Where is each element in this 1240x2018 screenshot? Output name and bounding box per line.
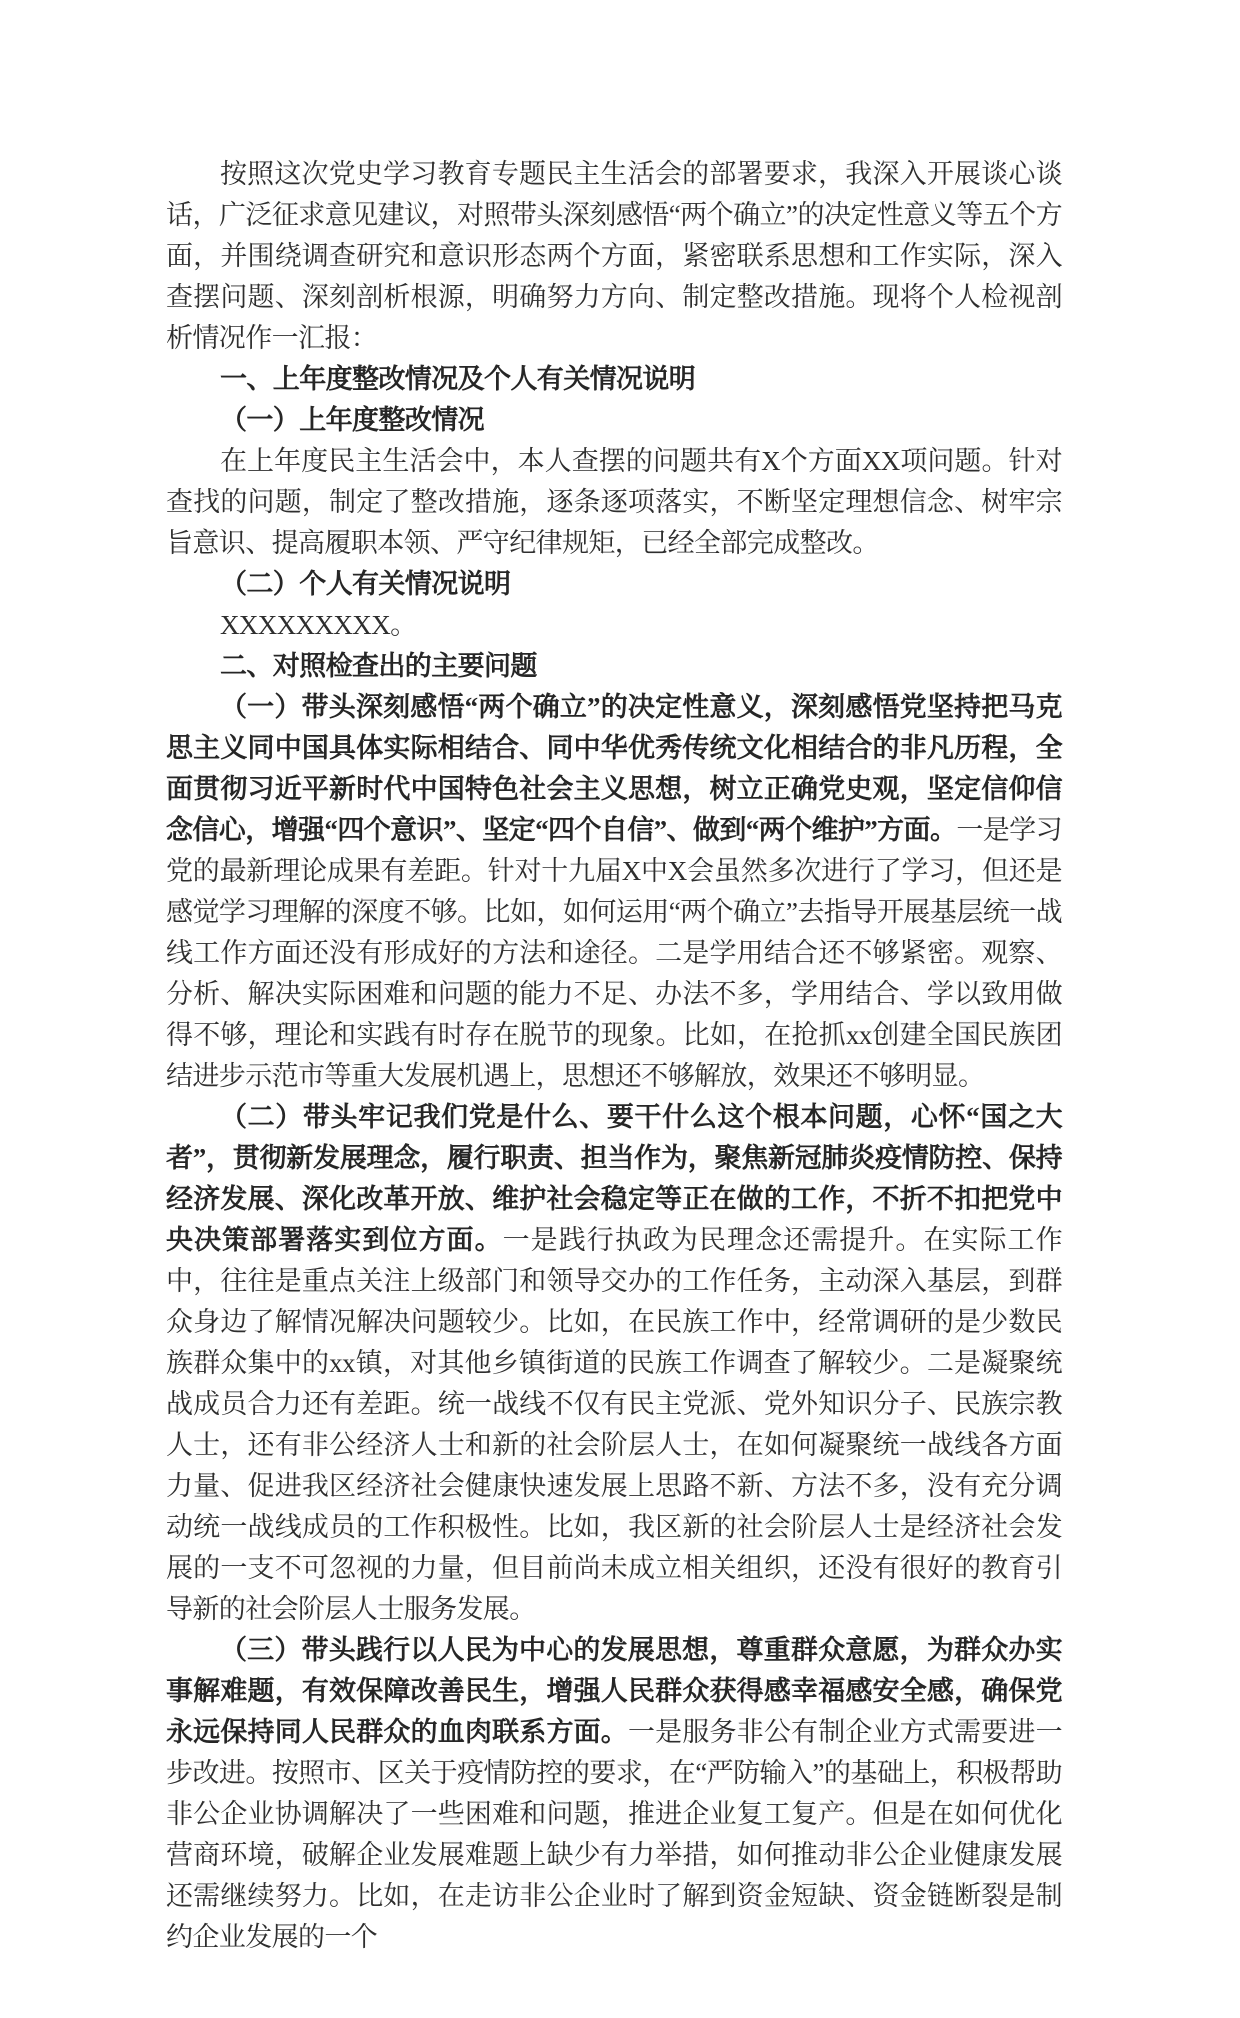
paragraph: （二）带头牢记我们党是什么、要干什么这个根本问题，心怀“国之大者”，贯彻新发展理…: [166, 1097, 1062, 1630]
section-heading: （二）个人有关情况说明: [166, 564, 1062, 605]
text-run: 一是服务非公有制企业方式需要进一步改进。按照市、区关于疫情防控的要求，在“严防输…: [166, 1717, 1062, 1952]
text-run: XXXXXXXXX。: [220, 610, 417, 640]
section-heading: 二、对照检查出的主要问题: [166, 646, 1062, 687]
paragraph: XXXXXXXXX。: [166, 605, 1062, 646]
paragraph: 在上年度民主生活会中，本人查摆的问题共有X个方面XX项问题。针对查找的问题，制定…: [166, 441, 1062, 564]
paragraph: （一）带头深刻感悟“两个确立”的决定性意义，深刻感悟党坚持把马克思主义同中国具体…: [166, 687, 1062, 1097]
paragraph: 按照这次党史学习教育专题民主生活会的部署要求，我深入开展谈心谈话，广泛征求意见建…: [166, 154, 1062, 359]
paragraph: （三）带头践行以人民为中心的发展思想，尊重群众意愿，为群众办实事解难题，有效保障…: [166, 1630, 1062, 1958]
emphasis-run: 一、上年度整改情况及个人有关情况说明: [220, 364, 695, 394]
emphasis-run: （二）个人有关情况说明: [220, 569, 510, 599]
section-heading: 一、上年度整改情况及个人有关情况说明: [166, 359, 1062, 400]
text-run: 在上年度民主生活会中，本人查摆的问题共有X个方面XX项问题。针对查找的问题，制定…: [166, 446, 1062, 558]
document-page: 按照这次党史学习教育专题民主生活会的部署要求，我深入开展谈心谈话，广泛征求意见建…: [0, 0, 1240, 2018]
emphasis-run: （一）上年度整改情况: [220, 405, 484, 435]
emphasis-run: （一）带头深刻感悟“两个确立”的决定性意义，深刻感悟党坚持把马克思主义同中国具体…: [166, 692, 1062, 845]
document-body: 按照这次党史学习教育专题民主生活会的部署要求，我深入开展谈心谈话，广泛征求意见建…: [166, 154, 1062, 1958]
text-run: 按照这次党史学习教育专题民主生活会的部署要求，我深入开展谈心谈话，广泛征求意见建…: [166, 159, 1062, 353]
text-run: 一是学习党的最新理论成果有差距。针对十九届X中X会虽然多次进行了学习，但还是感觉…: [166, 815, 1062, 1091]
section-heading: （一）上年度整改情况: [166, 400, 1062, 441]
text-run: 一是践行执政为民理念还需提升。在实际工作中，往往是重点关注上级部门和领导交办的工…: [166, 1225, 1062, 1624]
emphasis-run: 二、对照检查出的主要问题: [220, 651, 537, 681]
